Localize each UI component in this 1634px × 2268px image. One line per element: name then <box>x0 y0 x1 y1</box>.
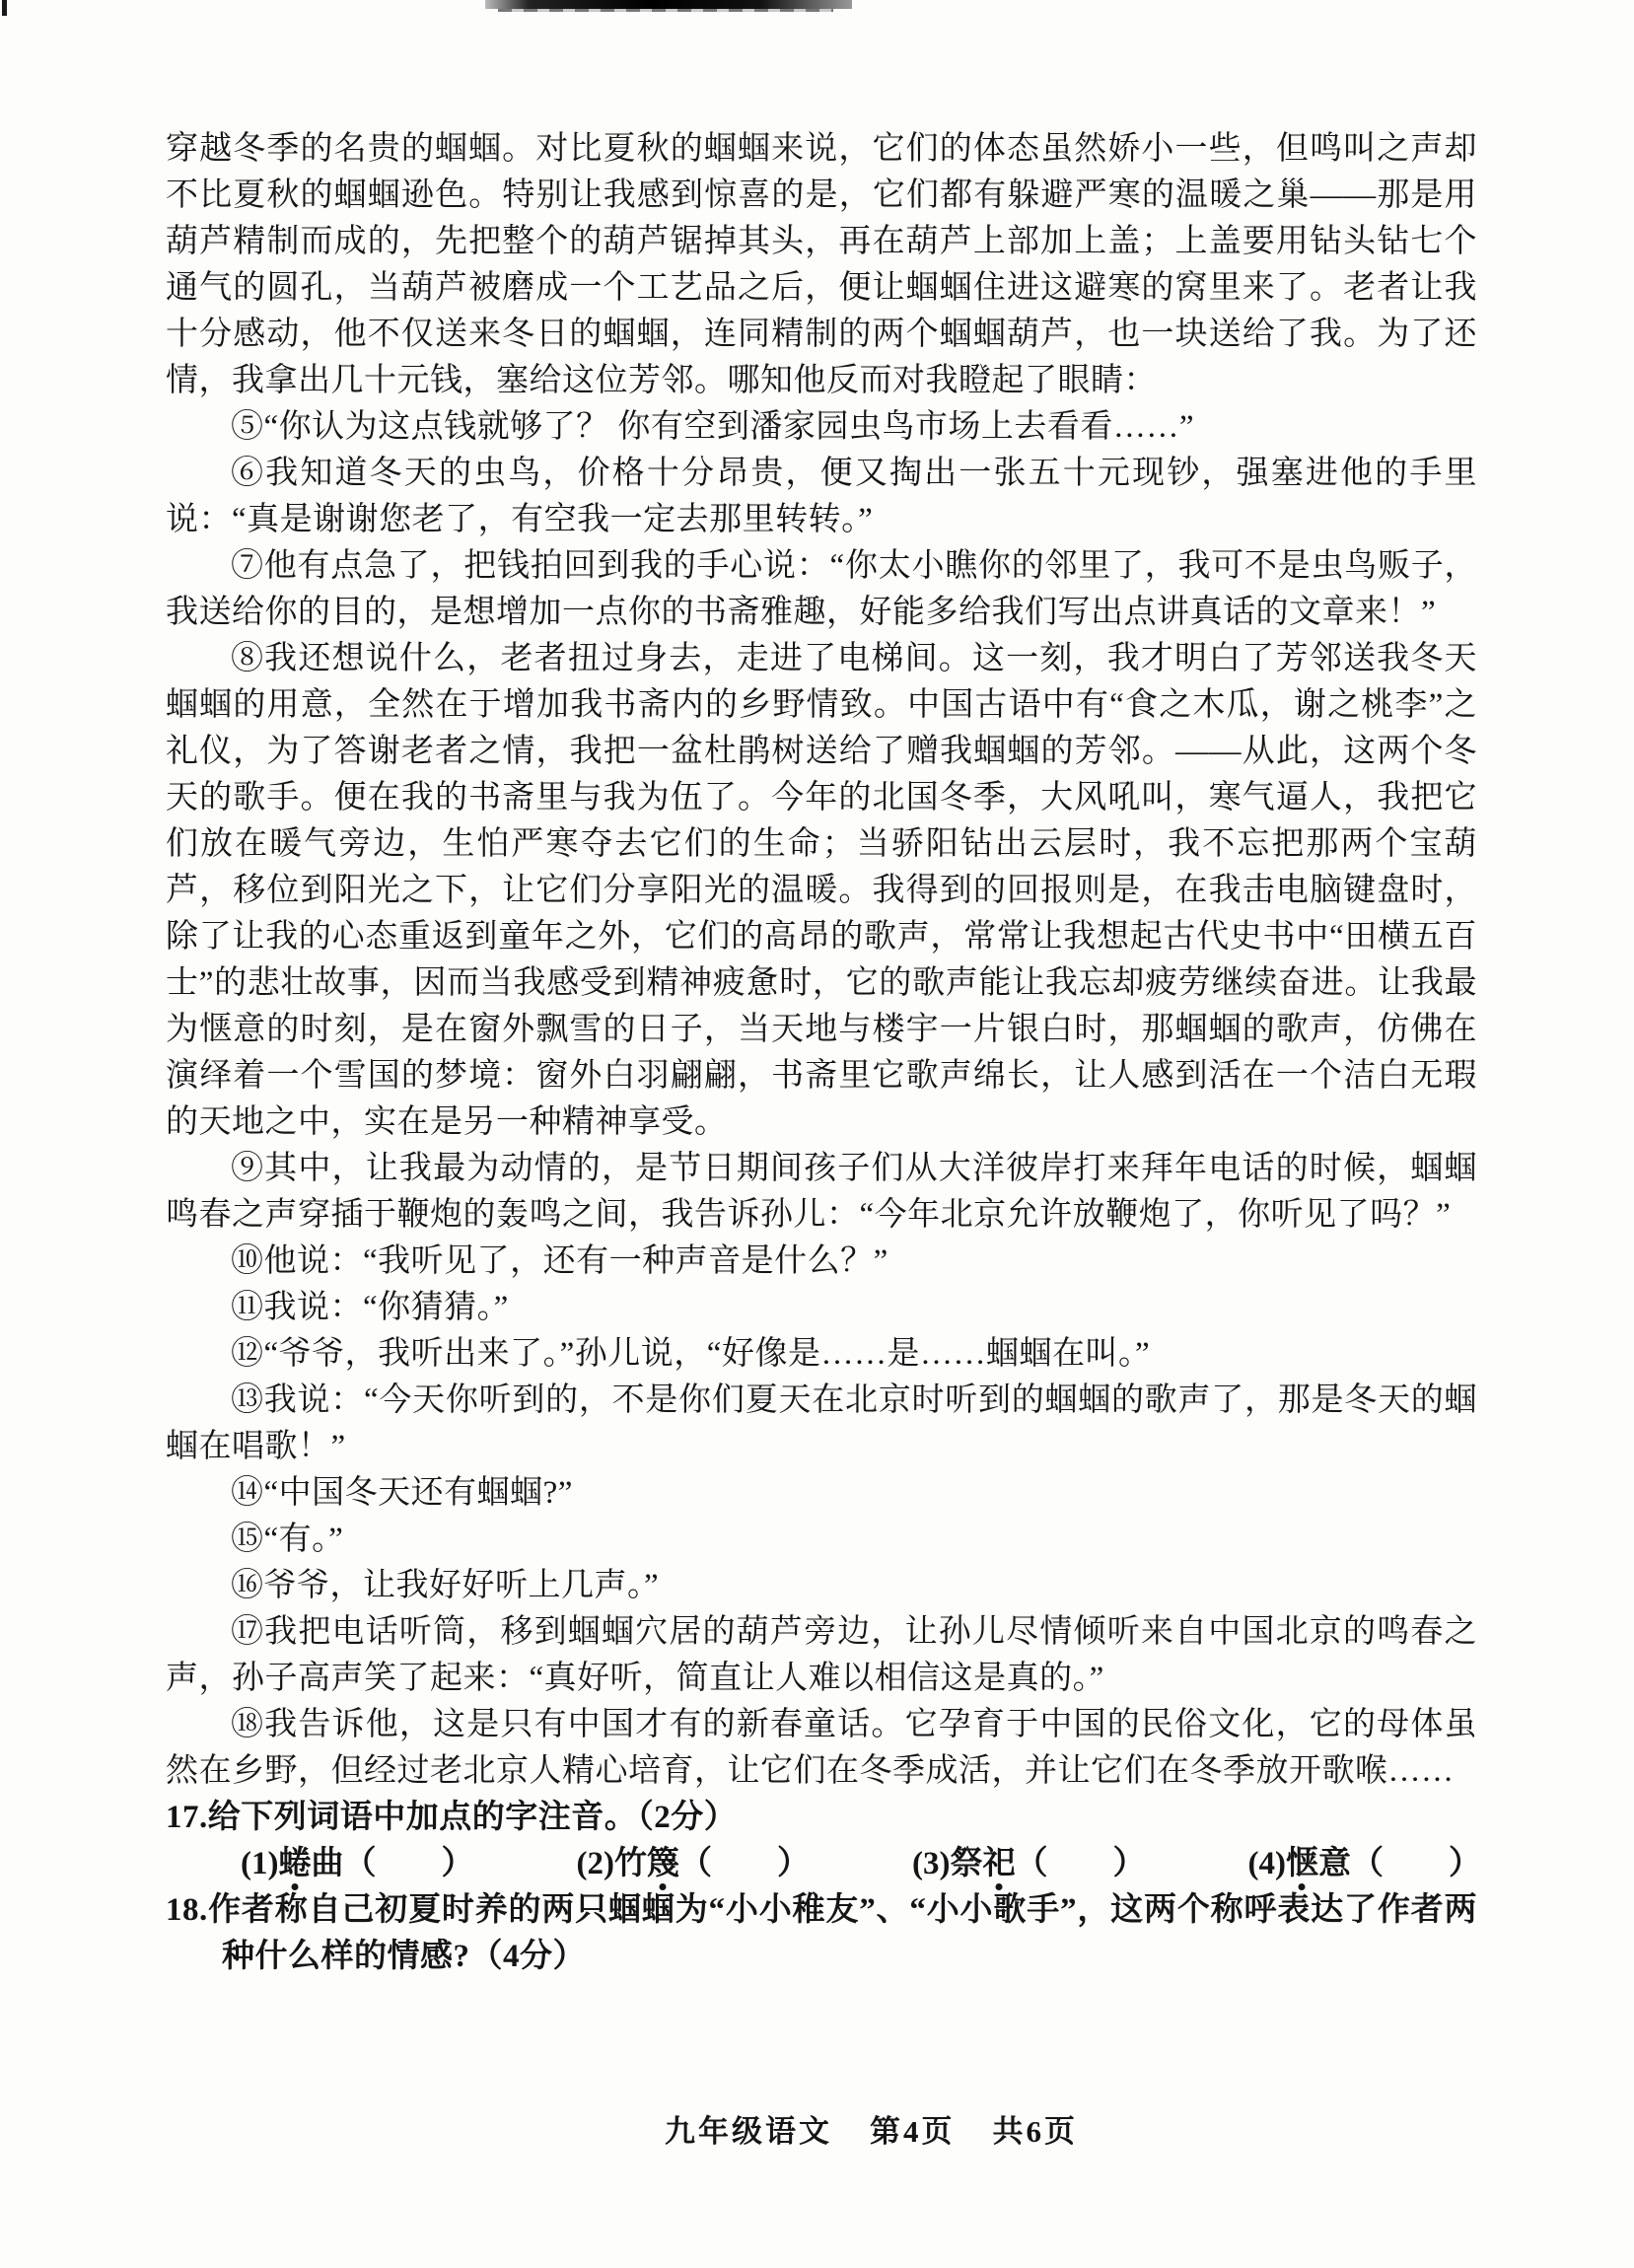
scan-artifact-strip-2 <box>498 9 833 12</box>
page-footer: 九年级语文 第4页 共6页 <box>54 2106 1634 2151</box>
footer-course: 九年级语文 <box>665 2106 832 2151</box>
footer-page-number: 第4页 <box>870 2106 956 2151</box>
pinyin-item-prefix: (1) <box>241 1846 278 1881</box>
answer-blank: （ ） <box>1015 1846 1145 1881</box>
dotted-character: 惬 <box>1286 1846 1318 1881</box>
character: 曲 <box>311 1846 343 1881</box>
page-content: 穿越冬季的名贵的蝈蝈。对比夏秋的蝈蝈来说，它们的体态虽然娇小一些，但鸣叫之声却不… <box>166 126 1477 1980</box>
passage: 穿越冬季的名贵的蝈蝈。对比夏秋的蝈蝈来说，它们的体态虽然娇小一些，但鸣叫之声却不… <box>166 126 1477 1795</box>
pinyin-item-prefix: (4) <box>1247 1846 1285 1881</box>
pinyin-item: (3)祭祀（ ） <box>912 1841 1145 1887</box>
question-18: 18.作者称自己初夏时养的两只蝈蝈为“小小稚友”、“小小歌手”，这两个称呼表达了… <box>166 1887 1477 1980</box>
passage-paragraph: ⑪我说：“你猜猜。” <box>166 1285 1477 1331</box>
passage-paragraph: ⑥我知道冬天的虫鸟，价格十分昂贵，便又掏出一张五十元现钞，强塞进他的手里说：“真… <box>166 451 1477 543</box>
dotted-character: 篾 <box>647 1846 679 1881</box>
pinyin-item-prefix: (2) <box>576 1846 613 1881</box>
question-18-number: 18. <box>166 1892 208 1928</box>
question-17-number: 17. <box>166 1800 208 1835</box>
passage-paragraph: 穿越冬季的名贵的蝈蝈。对比夏秋的蝈蝈来说，它们的体态虽然娇小一些，但鸣叫之声却不… <box>166 126 1477 404</box>
dotted-character: 蜷 <box>278 1846 311 1881</box>
character: 意 <box>1318 1846 1351 1881</box>
dotted-character: 祀 <box>982 1846 1015 1881</box>
passage-paragraph: ⑯爷爷，让我好好听上几声。” <box>166 1563 1477 1609</box>
passage-paragraph: ⑱我告诉他，这是只有中国才有的新春童话。它孕育于中国的民俗文化，它的母体虽然在乡… <box>166 1702 1477 1795</box>
passage-paragraph: ⑩他说：“我听见了，还有一种声音是什么？” <box>166 1239 1477 1285</box>
pinyin-item-prefix: (3) <box>912 1846 950 1881</box>
question-17-text: 给下列词语中加点的字注音。（2分） <box>208 1800 738 1835</box>
scan-artifact-corner <box>2 0 7 16</box>
scan-artifact-strip <box>485 0 852 9</box>
passage-paragraph: ⑧我还想说什么，老者扭过身去，走进了电梯间。这一刻，我才明白了芳邻送我冬天蝈蝈的… <box>166 636 1477 1146</box>
passage-paragraph: ⑭“中国冬天还有蝈蝈?” <box>166 1470 1477 1517</box>
passage-paragraph: ⑮“有。” <box>166 1517 1477 1563</box>
passage-paragraph: ⑨其中，让我最为动情的，是节日期间孩子们从大洋彼岸打来拜年电话的时候，蝈蝈鸣春之… <box>166 1146 1477 1239</box>
answer-blank: （ ） <box>1351 1846 1481 1881</box>
answer-blank: （ ） <box>679 1846 810 1881</box>
question-18-text: 作者称自己初夏时养的两只蝈蝈为“小小稚友”、“小小歌手”，这两个称呼表达了作者两… <box>208 1892 1477 1974</box>
character: 竹 <box>614 1846 647 1881</box>
passage-paragraph: ⑫“爷爷，我听出来了。”孙儿说，“好像是……是……蝈蝈在叫。” <box>166 1331 1477 1378</box>
pinyin-item: (1)蜷曲（ ） <box>241 1841 473 1887</box>
exam-page: 穿越冬季的名贵的蝈蝈。对比夏秋的蝈蝈来说，它们的体态虽然娇小一些，但鸣叫之声却不… <box>0 0 1634 2268</box>
passage-paragraph: ⑦他有点急了，把钱拍回到我的手心说：“你太小瞧你的邻里了，我可不是虫鸟贩子，我送… <box>166 543 1477 636</box>
question-17: 17.给下列词语中加点的字注音。（2分） <box>166 1795 1477 1841</box>
passage-paragraph: ⑬我说：“今天你听到的，不是你们夏天在北京时听到的蝈蝈的歌声了，那是冬天的蝈蝈在… <box>166 1378 1477 1470</box>
character: 祭 <box>950 1846 982 1881</box>
pinyin-items-row: (1)蜷曲（ ）(2)竹篾（ ）(3)祭祀（ ）(4)惬意（ ） <box>166 1841 1477 1887</box>
footer-page-total: 共6页 <box>993 2106 1079 2151</box>
passage-paragraph: ⑤“你认为这点钱就够了？ 你有空到潘家园虫鸟市场上去看看……” <box>166 404 1477 451</box>
pinyin-item: (4)惬意（ ） <box>1247 1841 1480 1887</box>
passage-paragraph: ⑰我把电话听筒，移到蝈蝈穴居的葫芦旁边，让孙儿尽情倾听来自中国北京的鸣春之声，孙… <box>166 1609 1477 1702</box>
answer-blank: （ ） <box>343 1846 473 1881</box>
pinyin-item: (2)竹篾（ ） <box>576 1841 809 1887</box>
